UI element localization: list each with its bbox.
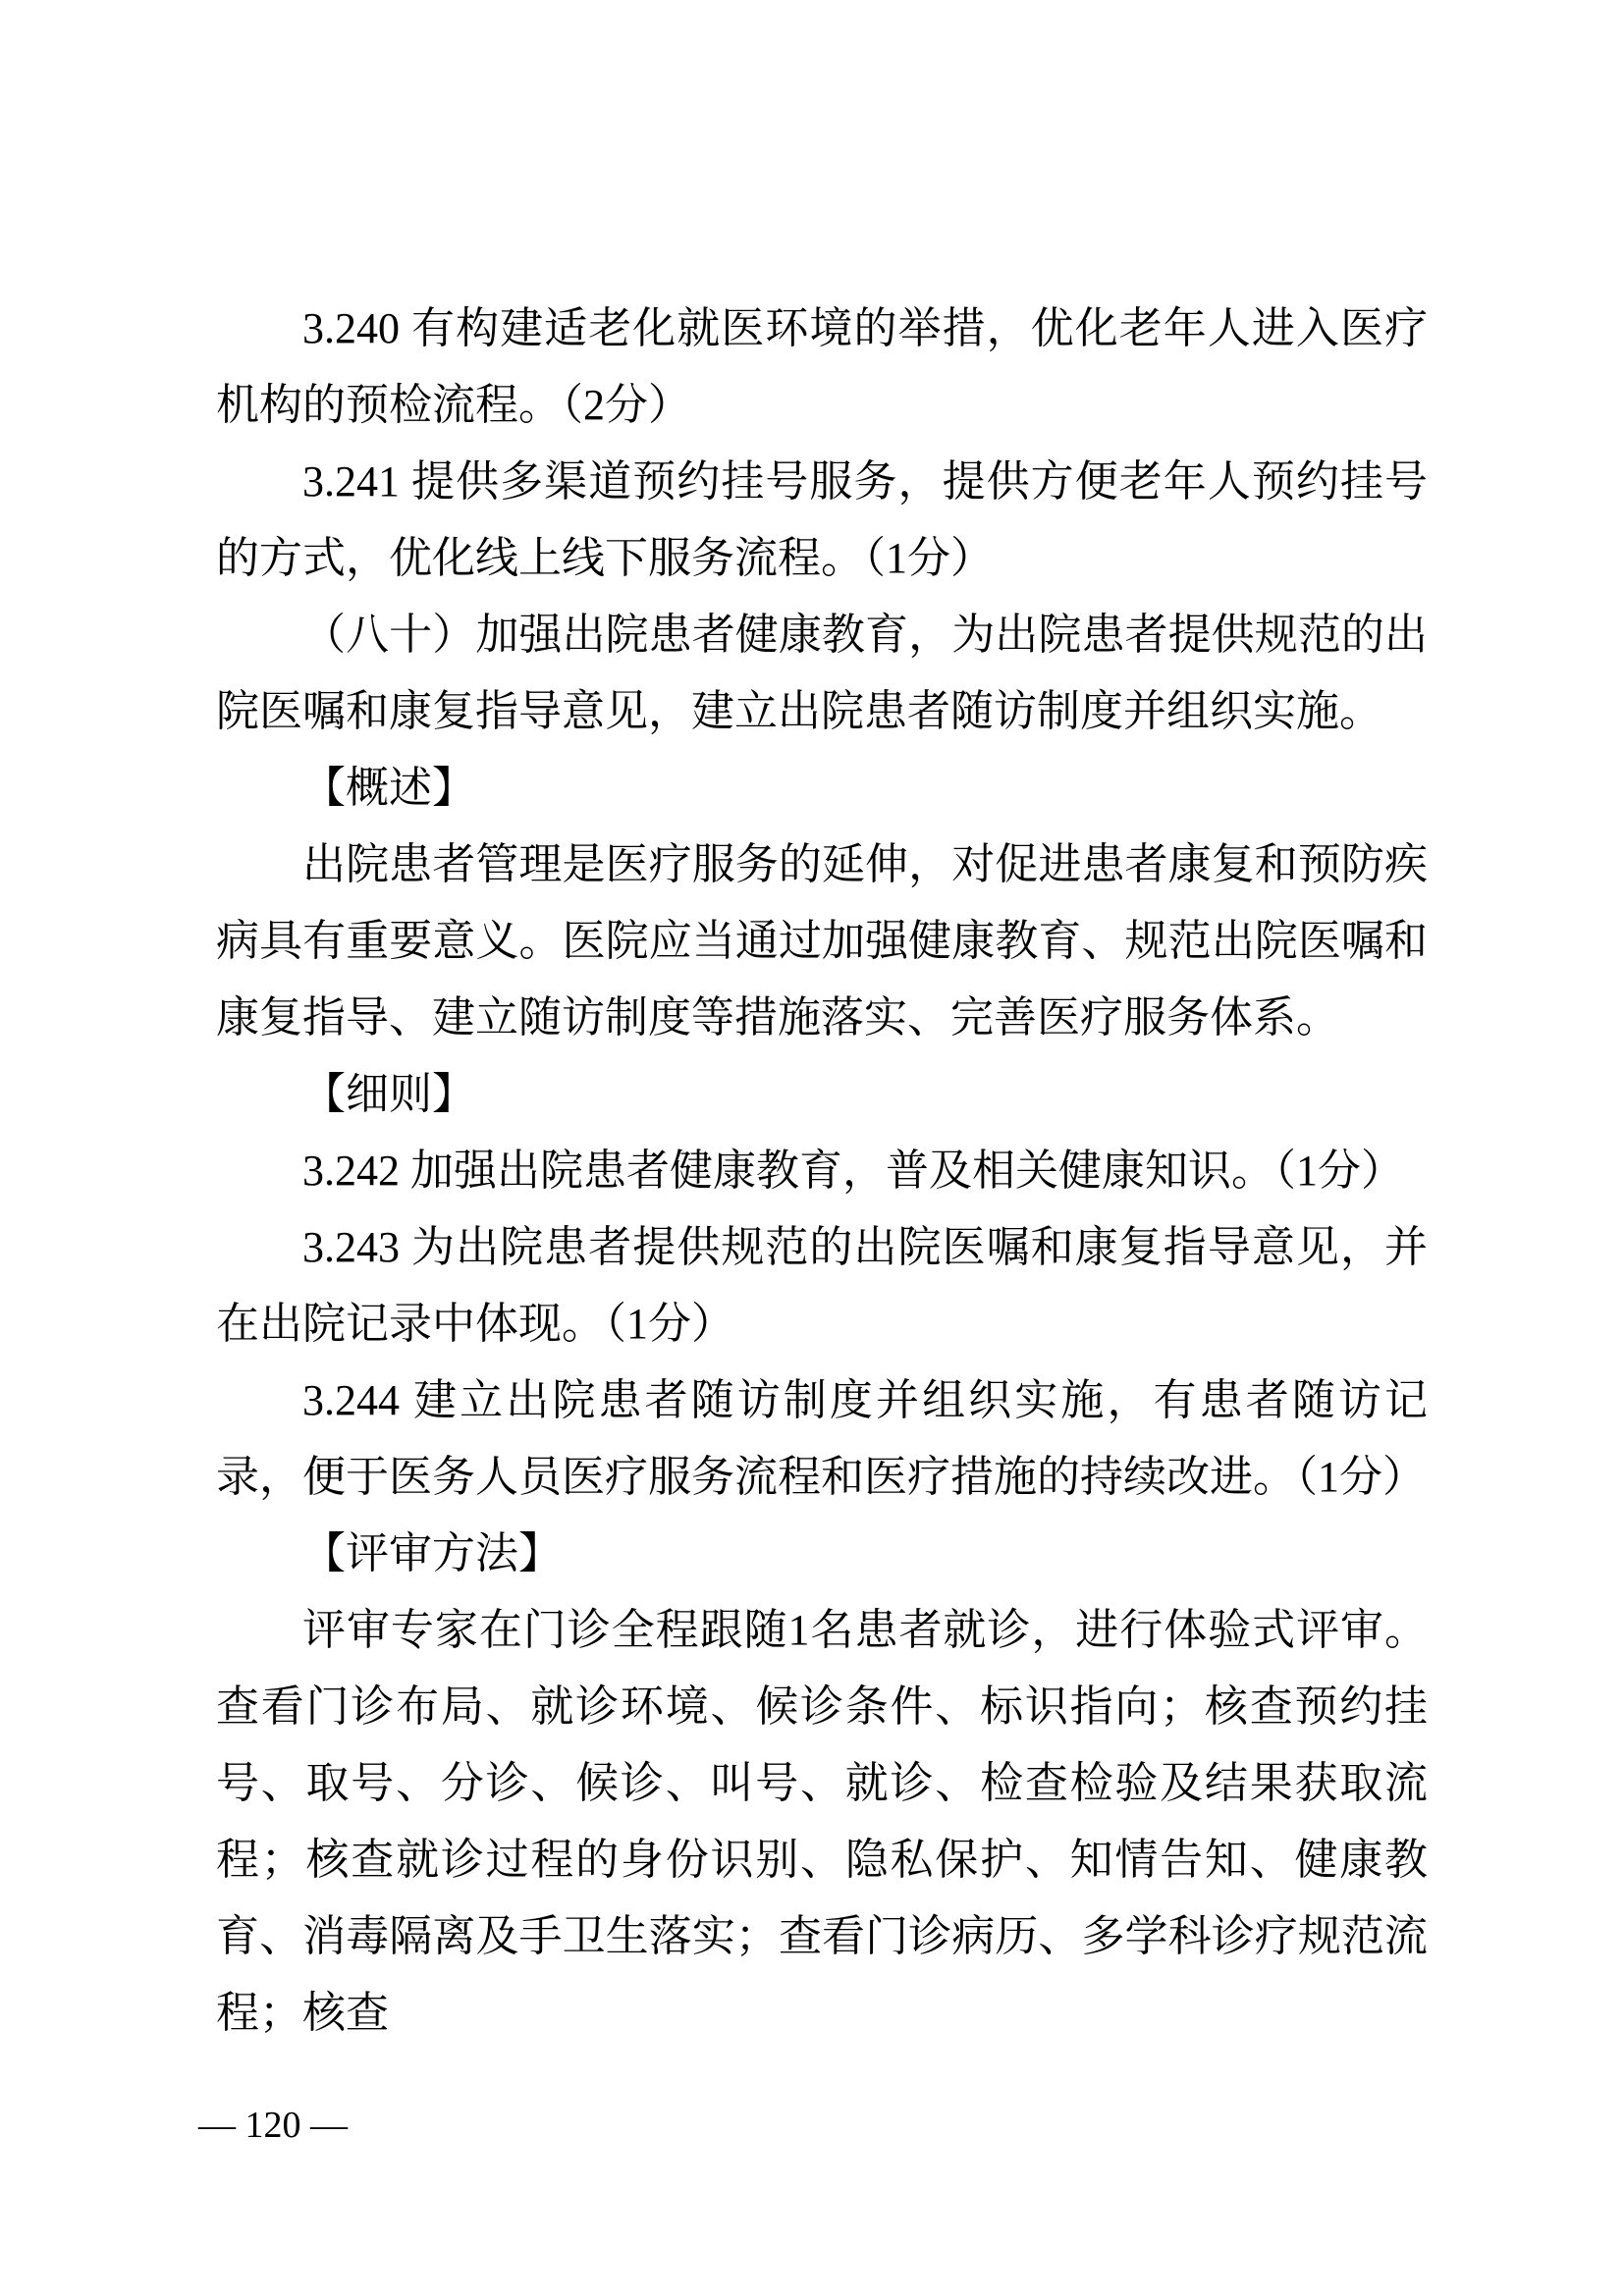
paragraph-item-3-241: 3.241 提供多渠道预约挂号服务，提供方便老年人预约挂号的方式，优化线上线下服… — [216, 444, 1428, 597]
header-detailed-rules: 【细则】 — [216, 1056, 1428, 1133]
paragraph-item-3-240: 3.240 有构建适老化就医环境的举措，优化老年人进入医疗机构的预检流程。（2分… — [216, 291, 1428, 444]
document-page: { "document": { "language": "zh-CN", "pa… — [0, 0, 1624, 2296]
page-content: 3.240 有构建适老化就医环境的举措，优化老年人进入医疗机构的预检流程。（2分… — [216, 291, 1428, 2052]
header-review-method: 【评审方法】 — [216, 1516, 1428, 1592]
page-number: — 120 — — [198, 2105, 348, 2146]
paragraph-item-3-244: 3.244 建立出院患者随访制度并组织实施，有患者随访记录，便于医务人员医疗服务… — [216, 1362, 1428, 1516]
header-overview: 【概述】 — [216, 750, 1428, 827]
paragraph-section-80: （八十）加强出院患者健康教育，为出院患者提供规范的出院医嘱和康复指导意见，建立出… — [216, 597, 1428, 750]
paragraph-overview-body: 出院患者管理是医疗服务的延伸，对促进患者康复和预防疾病具有重要意义。医院应当通过… — [216, 827, 1428, 1056]
paragraph-review-method-body: 评审专家在门诊全程跟随1名患者就诊，进行体验式评审。查看门诊布局、就诊环境、候诊… — [216, 1592, 1428, 2052]
paragraph-item-3-243: 3.243 为出院患者提供规范的出院医嘱和康复指导意见，并在出院记录中体现。（1… — [216, 1209, 1428, 1362]
paragraph-item-3-242: 3.242 加强出院患者健康教育，普及相关健康知识。（1分） — [216, 1133, 1428, 1209]
